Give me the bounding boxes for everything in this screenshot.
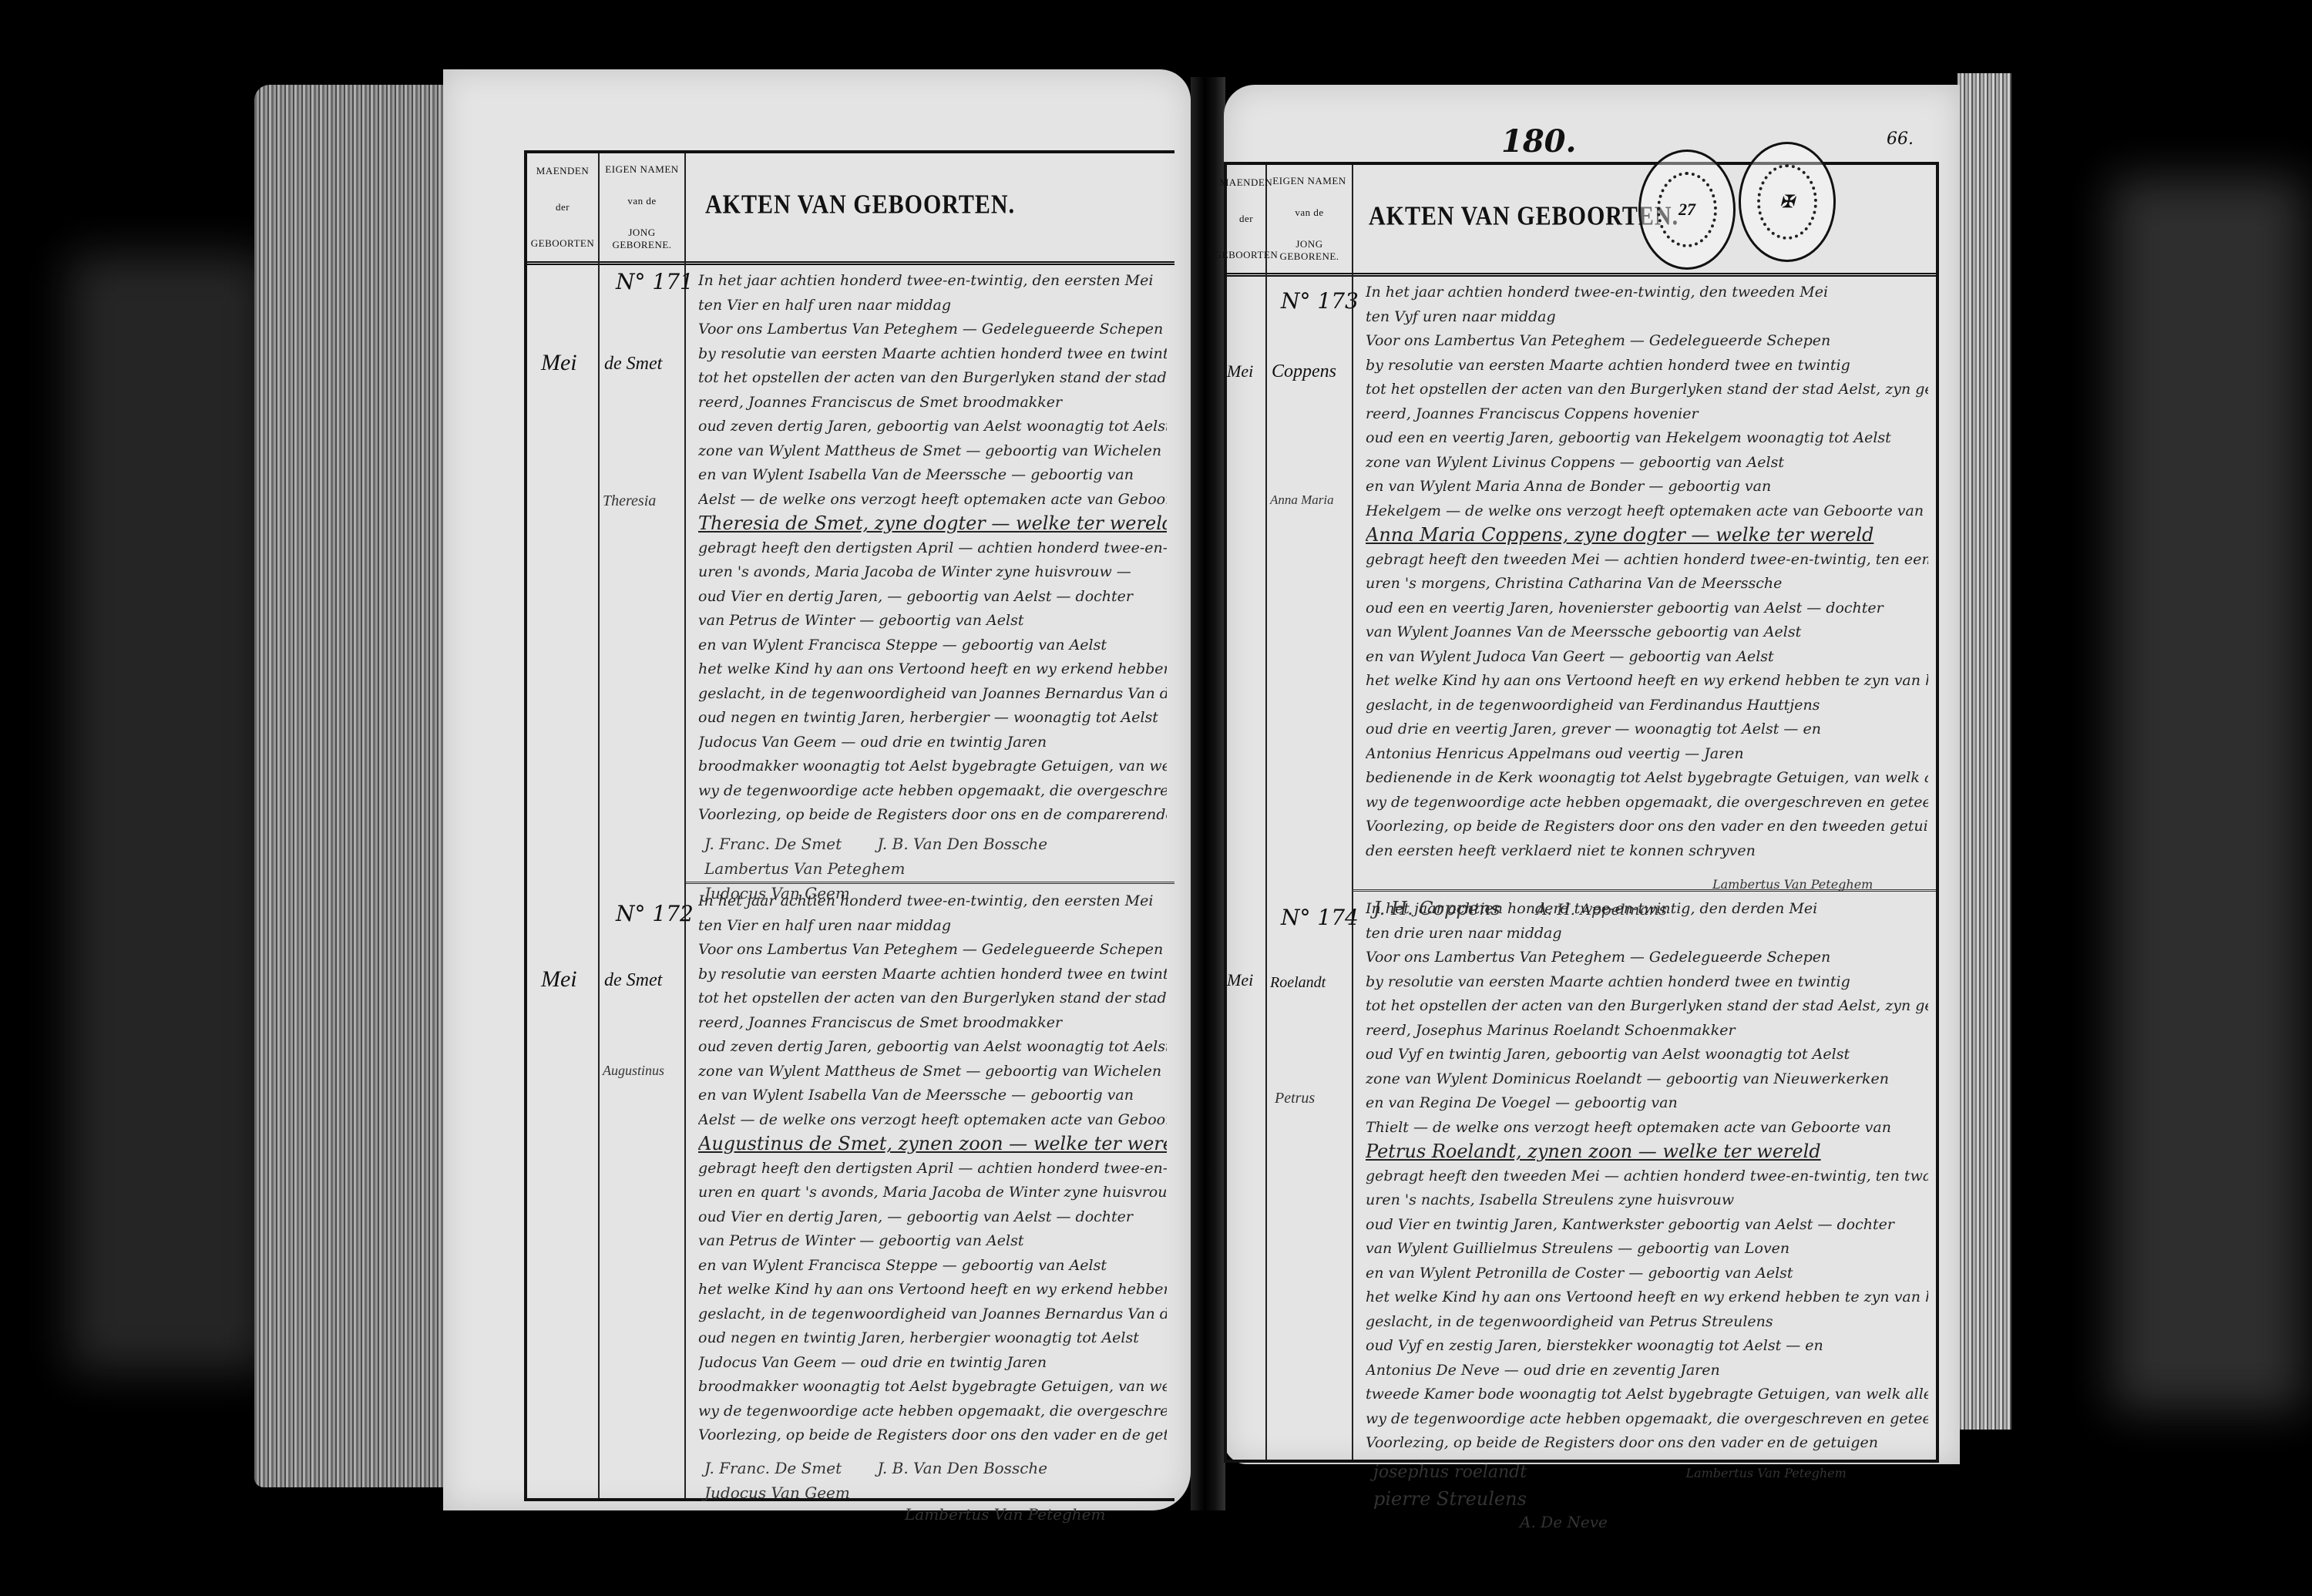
header-title-cell: AKTEN VAN GEBOORTEN. [686,153,1174,265]
tax-stamp-extraordinaire: 27 [1638,150,1736,270]
column-divider [1265,273,1267,1460]
text-line: oud zeven dertig Jaren, geboortig van Ae… [698,415,1167,439]
text-line: ten Vier en half uren naar middag [698,914,1167,939]
record-month: Mei [1227,970,1253,990]
text-line: Hekelgem — de welke ons verzogt heeft op… [1366,499,1928,524]
text-line: geslacht, in de tegenwoordigheid van Joa… [698,1302,1167,1327]
child-name-line: Anna Maria Coppens, zyne dogter — welke … [1366,523,1928,548]
text-line: en van Wylent Maria Anna de Bonder — geb… [1366,475,1928,499]
header-label: van de [1295,207,1323,219]
header-label: van de [627,195,656,207]
text-line: gebragt heeft den tweeden Mei — achtien … [1366,1164,1928,1189]
record-surname: Roelandt [1270,974,1326,992]
record-month: Mei [1227,361,1253,381]
text-line: en van Wylent Francisca Steppe — geboort… [698,1254,1167,1278]
text-line: Aelst — de welke ons verzogt heeft optem… [698,488,1167,512]
text-line: tweede Kamer bode woonagtig tot Aelst by… [1366,1383,1928,1407]
right-page: 180. 66. MAENDEN der GEBOORTEN EIGEN NAM… [1224,85,1960,1464]
text-line: ten drie uren naar middag [1366,922,1928,946]
text-line: reerd, Joannes Franciscus de Smet broodm… [698,1011,1167,1036]
signature: Judocus Van Geem [704,1483,1159,1502]
text-line: geslacht, in de tegenwoordigheid van Fer… [1366,694,1928,718]
record-given-name: Anna Maria [1270,492,1334,508]
text-line: Aelst — de welke ons verzogt heeft optem… [698,1108,1167,1133]
text-line: Voor ons Lambertus Van Peteghem — Gedele… [1366,329,1928,354]
header-label: JONG GEBORENE. [1267,238,1352,263]
text-line: bedienende in de Kerk woonagtig tot Aels… [1366,766,1928,791]
header-label: der [1239,213,1253,225]
text-line: van Wylent Joannes Van de Meerssche gebo… [1366,620,1928,645]
record-number: N° 172 [616,901,694,926]
child-name-line: Theresia de Smet, zyne dogter — welke te… [698,512,1167,536]
header-label: EIGEN NAMEN [605,163,678,176]
signature: A. De Neve [1520,1513,1921,1531]
text-line: In het jaar achtien honderd twee-en-twin… [698,269,1167,294]
text-line: van Petrus de Winter — geboortig van Ael… [698,1229,1167,1254]
header-title-cell: AKTEN VAN GEBOORTEN. 27 ✠ [1353,165,1936,277]
text-line: ten Vyf uren naar middag [1366,305,1928,330]
header-label: MAENDEN [1220,176,1273,189]
header-label: JONG GEBORENE. [600,227,684,251]
record-given-name: Petrus [1275,1090,1315,1107]
signature: Lambertus Van Peteghem [1685,1466,1846,1480]
record-text: In het jaar achtien honderd twee-en-twin… [698,889,1167,1448]
background-shadow-right [2112,177,2304,1410]
record-given-name: Theresia [603,492,656,510]
text-line: wy de tegenwoordige acte hebben opgemaak… [698,1399,1167,1424]
text-line: Voor ons Lambertus Van Peteghem — Gedele… [1366,946,1928,970]
text-line: wy de tegenwoordige acte hebben opgemaak… [1366,791,1928,815]
text-line: wy de tegenwoordige acte hebben opgemaak… [1366,1407,1928,1432]
text-line: Voor ons Lambertus Van Peteghem — Gedele… [698,318,1167,342]
text-line: by resolutie van eersten Maarte achtien … [1366,970,1928,995]
register-title: AKTEN VAN GEBOORTEN. [705,190,1015,220]
text-line: van Wylent Guillielmus Streulens — geboo… [1366,1237,1928,1262]
text-line: by resolutie van eersten Maarte achtien … [698,963,1167,987]
text-line: gebragt heeft den tweeden Mei — achtien … [1366,548,1928,573]
header-label: der [556,201,570,213]
signature: pierre Streulens [1373,1488,1921,1510]
text-line: zone van Wylent Dominicus Roelandt — geb… [1366,1067,1928,1092]
text-line: den eersten heeft verklaerd niet te konn… [1366,839,1928,864]
text-line: oud Vier en twintig Jaren, Kantwerkster … [1366,1213,1928,1238]
text-line: tot het opstellen der acten van den Burg… [698,366,1167,391]
text-line: Thielt — de welke ons verzogt heeft opte… [1366,1116,1928,1141]
text-line: oud een en veertig Jaren, geboortig van … [1366,426,1928,451]
register-table-right: MAENDEN der GEBOORTEN EIGEN NAMEN van de… [1224,162,1939,1463]
page-number: 66. [1887,129,1914,149]
text-line: Judocus Van Geem — oud drie en twintig J… [698,731,1167,755]
text-line: broodmakker woonagtig tot Aelst bygebrag… [698,1375,1167,1399]
left-page: MAENDEN der GEBOORTEN EIGEN NAMEN van de… [443,69,1191,1510]
signatures: josephus roelandt Lambertus Van Peteghem… [1373,1460,1921,1534]
text-line: wy de tegenwoordige acte hebben opgemaak… [698,779,1167,804]
text-line: tot het opstellen der acten van den Burg… [1366,378,1928,402]
child-name-line: Petrus Roelandt, zynen zoon — welke ter … [1366,1140,1928,1164]
text-line: het welke Kind hy aan ons Vertoond heeft… [698,657,1167,682]
column-divider [684,261,686,1498]
record-number: N° 173 [1281,288,1359,314]
text-line: Voorlezing, op beide de Registers door o… [1366,815,1928,839]
signature: josephus roelandt [1373,1463,1527,1482]
text-line: oud negen en twintig Jaren, herbergier w… [698,1326,1167,1351]
column-divider [598,261,600,1498]
register-title: AKTEN VAN GEBOORTEN. [1369,201,1679,231]
book-gutter [1191,77,1225,1510]
tax-stamp-escaut: ✠ [1739,142,1836,262]
text-line: Voorlezing, op beide de Registers door o… [698,1423,1167,1448]
text-line: oud drie en veertig Jaren, grever — woon… [1366,717,1928,742]
book-page-edges-left [254,85,447,1487]
text-line: reerd, Joannes Franciscus de Smet broodm… [698,391,1167,415]
text-line: en van Regina De Voegel — geboortig van [1366,1091,1928,1116]
record-surname: de Smet [604,970,662,991]
text-line: oud Vyf en twintig Jaren, geboortig van … [1366,1043,1928,1067]
record-number: N° 171 [616,269,694,294]
header-label: GEBOORTEN [531,237,594,250]
record-month: Mei [541,966,577,993]
text-line: Antonius Henricus Appelmans oud veertig … [1366,742,1928,767]
header-month-column: MAENDEN der GEBOORTEN [1227,165,1267,277]
signatures: J. Franc. De Smet J. B. Van Den Bossche … [704,1456,1159,1527]
text-line: oud negen en twintig Jaren, herbergier —… [698,706,1167,731]
record-text: In het jaar achtien honderd twee-en-twin… [698,269,1167,828]
signature: J. B. Van Den Bossche [877,1459,1047,1477]
text-line: en van Wylent Francisca Steppe — geboort… [698,633,1167,658]
header-label: EIGEN NAMEN [1272,175,1346,187]
header-name-column: EIGEN NAMEN van de JONG GEBORENE. [1267,165,1353,277]
text-line: geslacht, in de tegenwoordigheid van Joa… [698,682,1167,707]
signature: J. Franc. De Smet [704,1459,842,1477]
text-line: en van Wylent Isabella Van de Meerssche … [698,1084,1167,1108]
text-line: van Petrus de Winter — geboortig van Ael… [698,609,1167,633]
text-line: en van Wylent Isabella Van de Meerssche … [698,463,1167,488]
record-surname: Coppens [1272,361,1336,382]
text-line: zone van Wylent Livinus Coppens — geboor… [1366,451,1928,475]
text-line: Antonius De Neve — oud drie en zeventig … [1366,1359,1928,1383]
text-line: In het jaar achtien honderd twee-en-twin… [1366,281,1928,305]
text-line: In het jaar achtien honderd twee-en-twin… [1366,897,1928,922]
text-line: Voorlezing, op beide de Registers door o… [1366,1431,1928,1456]
text-line: oud een en veertig Jaren, hovenierster g… [1366,596,1928,621]
record-month: Mei [541,350,577,376]
text-line: In het jaar achtien honderd twee-en-twin… [698,889,1167,914]
text-line: uren 's nachts, Isabella Streulens zyne … [1366,1188,1928,1213]
record-surname: de Smet [604,354,662,375]
text-line: zone van Wylent Mattheus de Smet — geboo… [698,439,1167,464]
record-text: In het jaar achtien honderd twee-en-twin… [1366,897,1928,1456]
column-divider [1352,273,1353,1460]
text-line: gebragt heeft den dertigsten April — ach… [698,1157,1167,1181]
text-line: het welke Kind hy aan ons Vertoond heeft… [1366,669,1928,694]
child-name-line: Augustinus de Smet, zynen zoon — welke t… [698,1132,1167,1157]
text-line: en van Wylent Judoca Van Geert — geboort… [1366,645,1928,670]
stamp-value: 27 [1657,172,1717,247]
text-line: reerd, Joannes Franciscus Coppens hoveni… [1366,402,1928,427]
text-line: oud Vier en dertig Jaren, — geboortig va… [698,585,1167,610]
signature: Lambertus Van Peteghem [704,859,905,878]
text-line: oud Vyf en zestig Jaren, bierstekker woo… [1366,1334,1928,1359]
text-line: het welke Kind hy aan ons Vertoond heeft… [698,1278,1167,1302]
record-text: In het jaar achtien honderd twee-en-twin… [1366,281,1928,863]
header-name-column: EIGEN NAMEN van de JONG GEBORENE. [600,153,686,265]
text-line: oud Vier en dertig Jaren, — geboortig va… [698,1205,1167,1230]
text-line: tot het opstellen der acten van den Burg… [698,986,1167,1011]
stamp-emblem: ✠ [1757,164,1817,240]
header-month-column: MAENDEN der GEBOORTEN [527,153,600,265]
record-given-name: Augustinus [603,1063,664,1079]
record-number: N° 174 [1281,905,1359,930]
text-line: uren 's morgens, Christina Catharina Van… [1366,572,1928,596]
text-line: en van Wylent Petronilla de Coster — geb… [1366,1262,1928,1286]
register-table-left: MAENDEN der GEBOORTEN EIGEN NAMEN van de… [524,150,1174,1501]
record-separator [686,882,1174,888]
background-shadow-left [69,254,270,1372]
text-line: Voorlezing, op beide de Registers door o… [698,803,1167,828]
text-line: uren en quart 's avonds, Maria Jacoba de… [698,1181,1167,1205]
text-line: geslacht, in de tegenwoordigheid van Pet… [1366,1310,1928,1335]
text-line: ten Vier en half uren naar middag [698,294,1167,318]
text-line: gebragt heeft den dertigsten April — ach… [698,536,1167,561]
book-page-edges-right [1957,73,2011,1430]
text-line: Judocus Van Geem — oud drie en twintig J… [698,1351,1167,1376]
header-label: MAENDEN [536,165,590,177]
record-separator [1352,889,1936,895]
signature: Lambertus Van Peteghem [905,1505,1159,1524]
text-line: reerd, Josephus Marinus Roelandt Schoenm… [1366,1019,1928,1043]
signature: J. B. Van Den Bossche [877,835,1047,853]
text-line: tot het opstellen der acten van den Burg… [1366,994,1928,1019]
text-line: by resolutie van eersten Maarte achtien … [1366,354,1928,378]
text-line: broodmakker woonagtig tot Aelst bygebrag… [698,754,1167,779]
text-line: Voor ons Lambertus Van Peteghem — Gedele… [698,938,1167,963]
folio-mark: 180. [1501,123,1576,160]
text-line: het welke Kind hy aan ons Vertoond heeft… [1366,1285,1928,1310]
text-line: uren 's avonds, Maria Jacoba de Winter z… [698,560,1167,585]
text-line: oud zeven dertig Jaren, geboortig van Ae… [698,1035,1167,1060]
text-line: by resolutie van eersten Maarte achtien … [698,342,1167,367]
text-line: zone van Wylent Mattheus de Smet — geboo… [698,1060,1167,1084]
signature: J. Franc. De Smet [704,835,842,853]
